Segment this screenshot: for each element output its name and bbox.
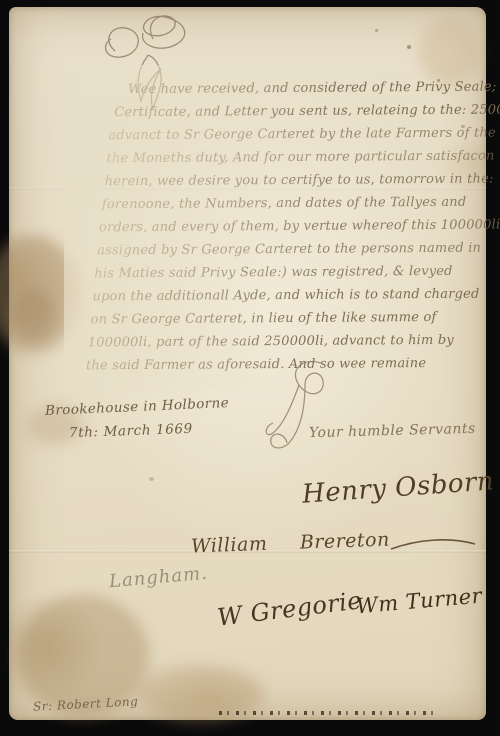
letter-line: forenoone, the Numbers, and dates of the… xyxy=(102,191,483,217)
letter-line: upon the additionall Ayde, and which is … xyxy=(92,283,483,309)
photograph-background: Wee have received, and considered of the… xyxy=(0,0,500,736)
signature-wm-turner: Wm Turner xyxy=(355,584,483,619)
letter-line: Wee have received, and considered of the… xyxy=(128,76,482,101)
signature-langham: Langham. xyxy=(108,563,208,593)
paper-stain xyxy=(11,289,57,341)
letter-line: assigned by Sr George Carteret to the pe… xyxy=(97,237,483,263)
closing-y-flourish xyxy=(261,355,347,459)
dateline-place: Brookehouse in Holborne xyxy=(45,395,230,419)
signature-henry-osborn: Henry Osborn xyxy=(301,466,495,509)
letter-line: his Maties said Privy Seale:) was regist… xyxy=(94,260,483,286)
letter-line: the Moneths duty, And for our more parti… xyxy=(106,145,482,171)
paper-speck xyxy=(375,29,378,32)
letter-line: orders, and every of them, by vertue whe… xyxy=(99,214,483,240)
paper-speck xyxy=(407,45,411,49)
signature-william-brereton: William Brereton xyxy=(191,529,390,558)
letter-line: advanct to Sr George Carteret by the lat… xyxy=(108,122,482,148)
signature-w-gregorie: W Gregorie xyxy=(216,586,364,632)
cut-off-text-marks xyxy=(219,711,434,715)
letter-line: 100000li, part of the said 250000li, adv… xyxy=(88,329,484,355)
letter-body: Wee have received, and considered of the… xyxy=(84,76,484,378)
letter-line: Certificate, and Letter you sent us, rel… xyxy=(114,99,482,125)
paper-speck xyxy=(149,477,154,481)
closing-text: Your humble Servants xyxy=(309,421,476,441)
letter-line: on Sr George Carteret, in lieu of the li… xyxy=(91,306,484,332)
dateline-date: 7th: March 1669 xyxy=(69,421,193,441)
letter-line: herein, wee desire you to certifye to us… xyxy=(105,168,483,194)
manuscript-letter-page: Wee have received, and considered of the… xyxy=(9,7,486,720)
signature-swash xyxy=(391,535,477,555)
